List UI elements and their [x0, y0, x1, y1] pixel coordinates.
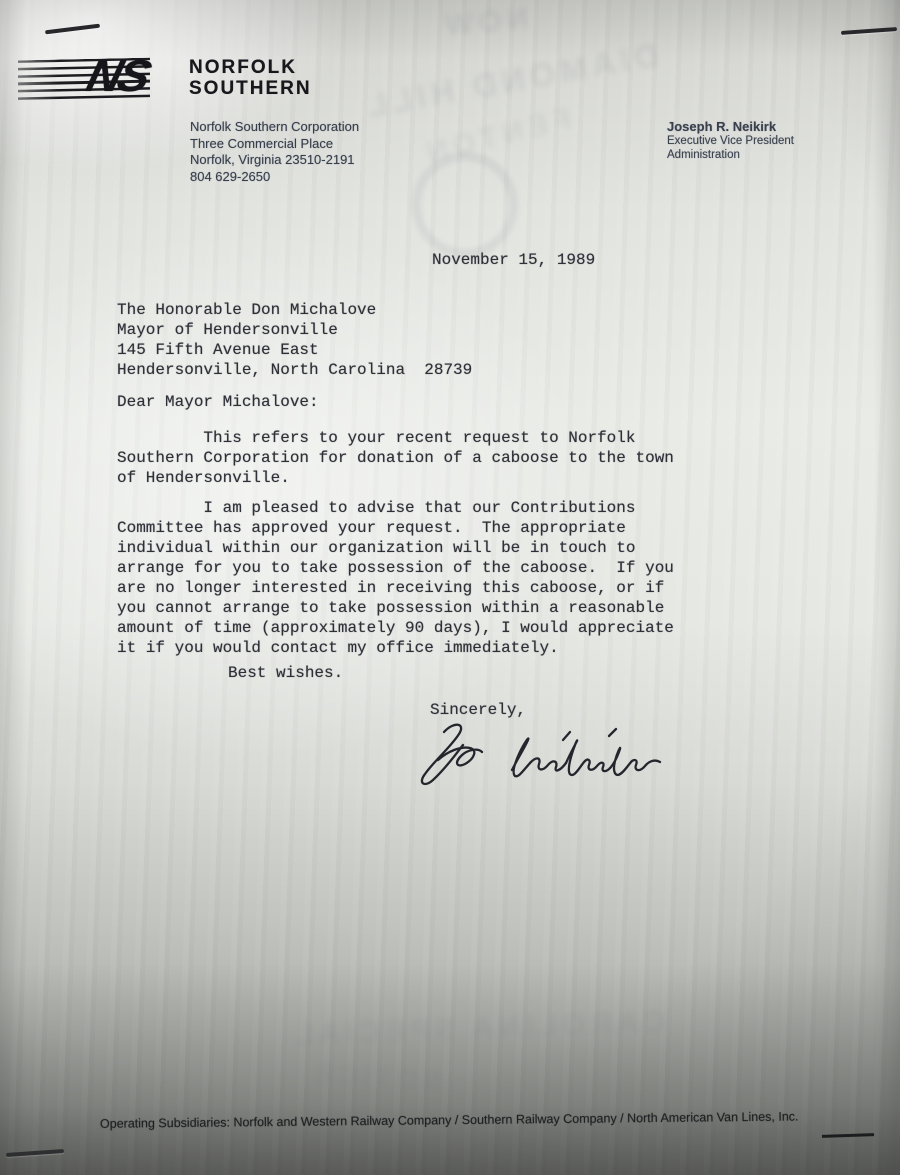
address-line: 804 629-2650 — [190, 169, 359, 186]
signatory-department: Administration — [667, 148, 794, 162]
address-line: Norfolk, Virginia 23510-2191 — [190, 152, 359, 169]
body-paragraph-1: This refers to your recent request to No… — [117, 428, 674, 488]
pen-mark-bottom-right — [822, 1133, 874, 1138]
address-line: Three Commercial Place — [190, 136, 359, 153]
bleedthrough-stamp-ring — [412, 152, 518, 258]
bleedthrough-text: NOTICE — [309, 1059, 442, 1097]
letterhead-address: Norfolk Southern Corporation Three Comme… — [190, 119, 359, 185]
signatory-title: Executive Vice President — [667, 134, 794, 148]
recipient-address: The Honorable Don Michalove Mayor of Hen… — [117, 300, 472, 380]
footer-disclaimer: Operating Subsidiaries: Norfolk and West… — [100, 1109, 830, 1131]
signatory-name: Joseph R. Neikirk — [667, 119, 794, 134]
body-paragraph-2: I am pleased to advise that our Contribu… — [117, 498, 674, 658]
bleedthrough-text: CAROLINA SPECIAL — [290, 1005, 667, 1052]
recipient-line: 145 Fifth Avenue East — [117, 340, 472, 360]
closing: Sincerely, — [430, 700, 526, 720]
signature-joseph-r-neikirk — [412, 718, 697, 803]
bleedthrough-text: DIAMOND HILL — [359, 36, 661, 126]
staple-top-right — [841, 27, 897, 34]
brand-name: NORFOLK SOUTHERN — [189, 57, 312, 99]
staple-top-left — [45, 24, 100, 34]
recipient-line: The Honorable Don Michalove — [117, 300, 472, 320]
signatory-block: Joseph R. Neikirk Executive Vice Preside… — [667, 119, 794, 162]
brand-line1: NORFOLK — [189, 57, 312, 78]
staple-bottom-left — [6, 1149, 64, 1157]
salutation: Dear Mayor Michalove: — [117, 392, 319, 412]
letter-photo: NOW DIAMOND HILL FENTON CAROLINA SPECIAL… — [0, 0, 900, 1175]
recipient-line: Hendersonville, North Carolina 28739 — [117, 360, 472, 380]
recipient-line: Mayor of Hendersonville — [117, 320, 472, 340]
date-line: November 15, 1989 — [432, 250, 595, 270]
pre-closing: Best wishes. — [228, 663, 343, 683]
address-line: Norfolk Southern Corporation — [190, 119, 359, 136]
bleedthrough-text: NOW — [439, 2, 530, 44]
brand-line2: SOUTHERN — [189, 78, 312, 99]
